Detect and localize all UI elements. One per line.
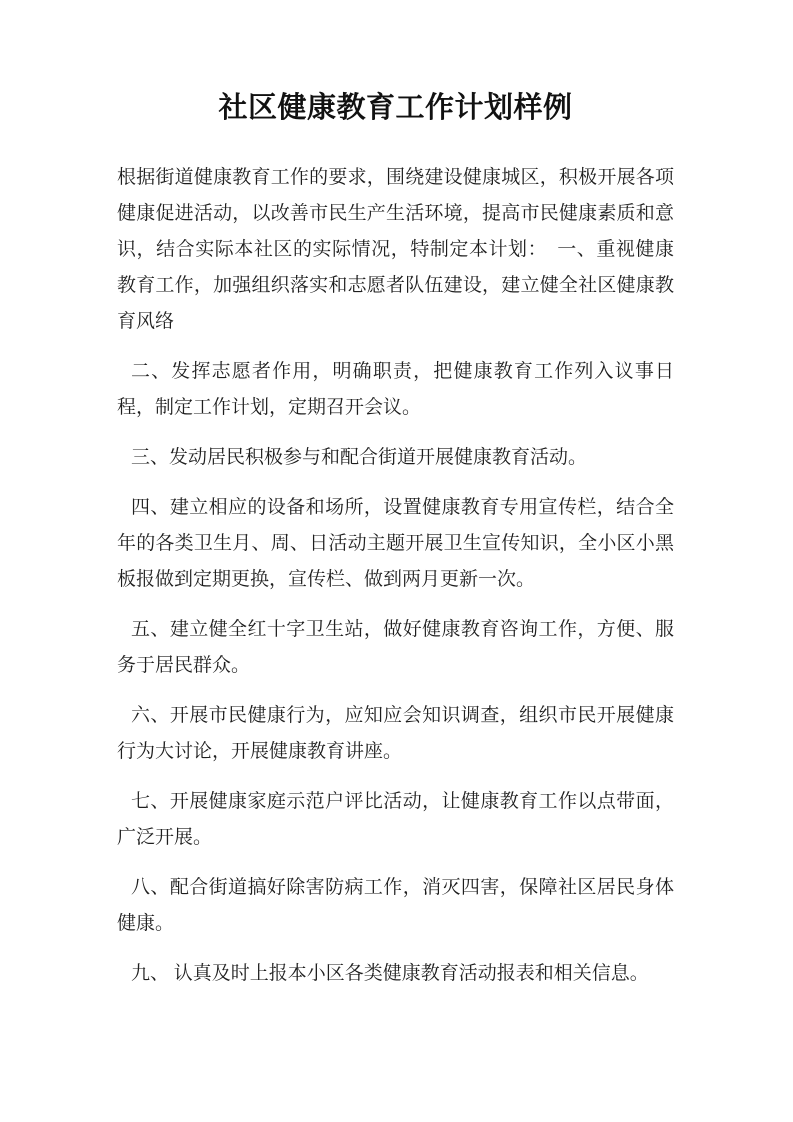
paragraph: 八、配合街道搞好除害防病工作，消灭四害，保障社区居民身体健康。 <box>117 870 674 942</box>
document-page: 社区健康教育工作计划样例 根据街道健康教育工作的要求，围绕建设健康城区，积极开展… <box>0 0 793 1122</box>
paragraph: 二、发挥志愿者作用，明确职责，把健康教育工作列入议事日程，制定工作计划，定期召开… <box>117 354 674 426</box>
document-body: 根据街道健康教育工作的要求，围绕建设健康城区，积极开展各项健康促进活动，以改善市… <box>117 160 674 992</box>
paragraph: 五、建立健全红十字卫生站，做好健康教育咨询工作，方便、服务于居民群众。 <box>117 612 674 684</box>
paragraph: 根据街道健康教育工作的要求，围绕建设健康城区，积极开展各项健康促进活动，以改善市… <box>117 160 674 340</box>
paragraph: 七、开展健康家庭示范户评比活动，让健康教育工作以点带面，广泛开展。 <box>117 784 674 856</box>
paragraph: 九、 认真及时上报本小区各类健康教育活动报表和相关信息。 <box>117 956 674 992</box>
paragraph: 三、发动居民积极参与和配合街道开展健康教育活动。 <box>117 440 674 476</box>
document-title: 社区健康教育工作计划样例 <box>117 88 674 128</box>
paragraph: 六、开展市民健康行为，应知应会知识调查，组织市民开展健康行为大讨论，开展健康教育… <box>117 698 674 770</box>
paragraph: 四、建立相应的设备和场所，设置健康教育专用宣传栏，结合全年的各类卫生月、周、日活… <box>117 490 674 598</box>
